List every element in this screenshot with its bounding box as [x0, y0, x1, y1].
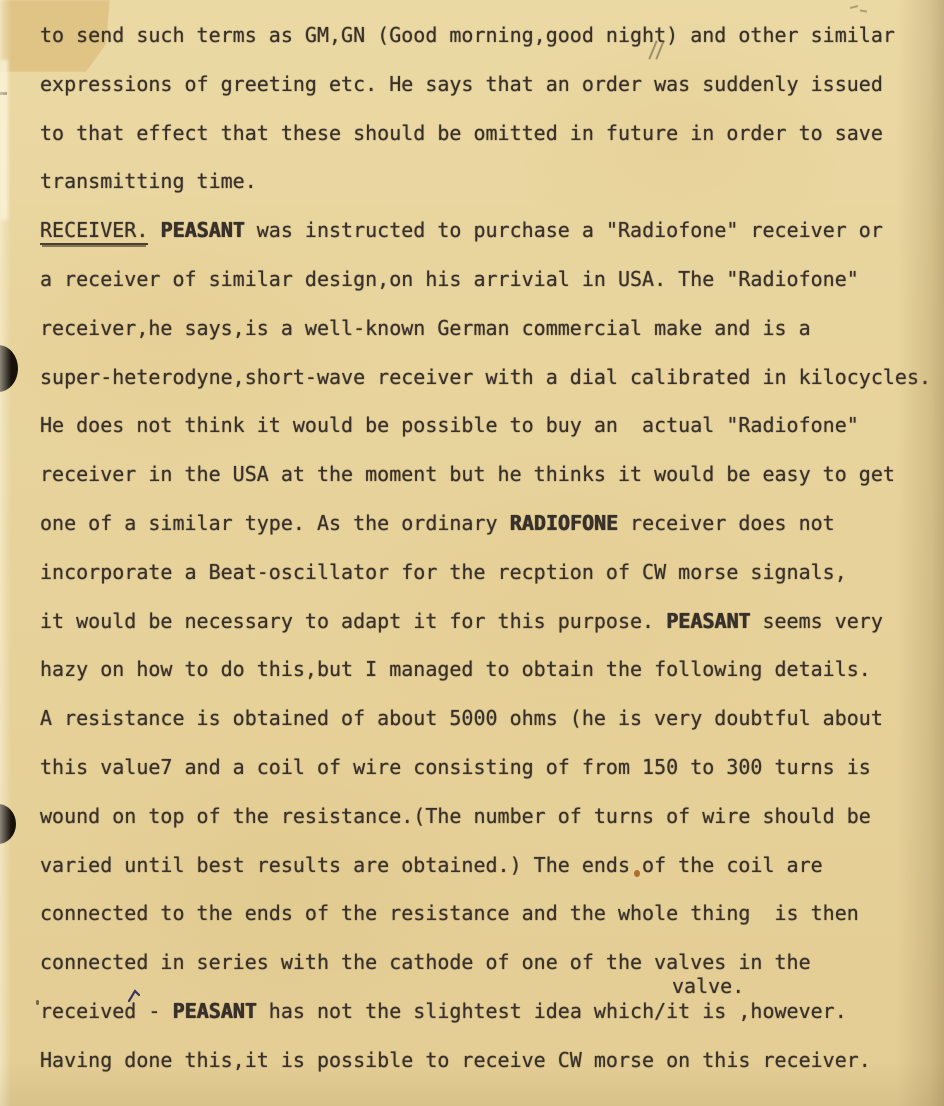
text-segment: connected in series with the cathode of …: [40, 950, 811, 974]
text-segment: a receiver of similar design,on his arri…: [40, 267, 859, 291]
text-line: expressions of greeting etc. He says tha…: [40, 60, 940, 109]
text-segment: connected to the ends of the resistance …: [40, 901, 859, 925]
text-line: one of a similar type. As the ordinary R…: [40, 499, 940, 548]
text-segment: to send such terms as GM,GN (Good mornin…: [40, 23, 895, 47]
text-segment: super-heterodyne,short-wave receiver wit…: [40, 365, 931, 389]
pencil-scribble-icon: [848, 4, 870, 16]
text-segment: Having done this,it is possible to recei…: [40, 1048, 871, 1072]
text-line: super-heterodyne,short-wave receiver wit…: [40, 353, 940, 402]
scanned-document-page: to send such terms as GM,GN (Good mornin…: [0, 0, 944, 1106]
text-segment: He does not think it would be possible t…: [40, 413, 859, 437]
text-segment-underline: RECEIVER.: [40, 218, 148, 245]
text-segment: receiver,he says,is a well-known German …: [40, 316, 811, 340]
paper-speck: [634, 870, 640, 877]
text-line: A resistance is obtained of about 5000 o…: [40, 694, 940, 743]
text-segment-emphasis: PEASANT: [160, 218, 244, 242]
text-segment: seems very: [750, 609, 882, 633]
text-line: this value7 and a coil of wire consistin…: [40, 743, 940, 792]
text-segment: wound on top of the resistance.(The numb…: [40, 804, 871, 828]
text-segment-emphasis: RADIOFONE: [510, 511, 618, 535]
text-segment: received -: [40, 999, 172, 1023]
text-line: RECEIVER. PEASANT was instructed to purc…: [40, 206, 940, 255]
text-line: transmitting time.: [40, 157, 940, 206]
text-line: a receiver of similar design,on his arri…: [40, 255, 940, 304]
text-line: He does not think it would be possible t…: [40, 401, 940, 450]
text-segment: has not the slightest idea which/it is ,…: [257, 999, 847, 1023]
handwritten-tick-icon: [126, 988, 144, 1004]
text-segment: receiver in the USA at the moment but he…: [40, 462, 895, 486]
text-segment: A resistance is obtained of about 5000 o…: [40, 706, 883, 730]
pencil-slash-marks-icon: [648, 40, 668, 62]
hole-punch-icon: [0, 804, 16, 844]
interlinear-insertion: valve.: [672, 974, 744, 998]
text-segment: was instructed to purchase a "Radiofone"…: [245, 218, 883, 242]
text-line: it would be necessary to adapt it for th…: [40, 597, 940, 646]
text-line: receiver in the USA at the moment but he…: [40, 450, 940, 499]
text-segment: transmitting time.: [40, 169, 257, 193]
hole-punch-icon: [0, 345, 18, 392]
text-line: receiver,he says,is a well-known German …: [40, 304, 940, 353]
paper-edge-highlight: [0, 60, 8, 220]
text-segment: this value7 and a coil of wire consistin…: [40, 755, 871, 779]
text-segment: incorporate a Beat-oscillator for the re…: [40, 560, 847, 584]
edge-mark: [0, 92, 7, 95]
text-segment: to that effect that these should be omit…: [40, 121, 883, 145]
text-segment: it would be necessary to adapt it for th…: [40, 609, 666, 633]
stray-ink-dot: [36, 1000, 39, 1005]
text-line: received - PEASANT has not the slightest…: [40, 987, 940, 1036]
text-line: varied until best results are obtained.)…: [40, 841, 940, 890]
text-segment: expressions of greeting etc. He says tha…: [40, 72, 883, 96]
typewritten-text-block: to send such terms as GM,GN (Good mornin…: [40, 11, 940, 1085]
text-line: to send such terms as GM,GN (Good mornin…: [40, 11, 940, 60]
text-line: connected in series with the cathode of …: [40, 938, 940, 987]
text-line: incorporate a Beat-oscillator for the re…: [40, 548, 940, 597]
text-line: Having done this,it is possible to recei…: [40, 1036, 940, 1085]
text-line: to that effect that these should be omit…: [40, 109, 940, 158]
text-segment: varied until best results are obtained.)…: [40, 853, 823, 877]
text-line: wound on top of the resistance.(The numb…: [40, 792, 940, 841]
text-segment: hazy on how to do this,but I managed to …: [40, 657, 871, 681]
text-segment: receiver does not: [618, 511, 835, 535]
text-segment: [148, 218, 160, 242]
text-line: connected to the ends of the resistance …: [40, 889, 940, 938]
text-line: hazy on how to do this,but I managed to …: [40, 645, 940, 694]
text-segment-emphasis: PEASANT: [172, 999, 256, 1023]
text-segment-emphasis: PEASANT: [666, 609, 750, 633]
text-segment: one of a similar type. As the ordinary: [40, 511, 510, 535]
